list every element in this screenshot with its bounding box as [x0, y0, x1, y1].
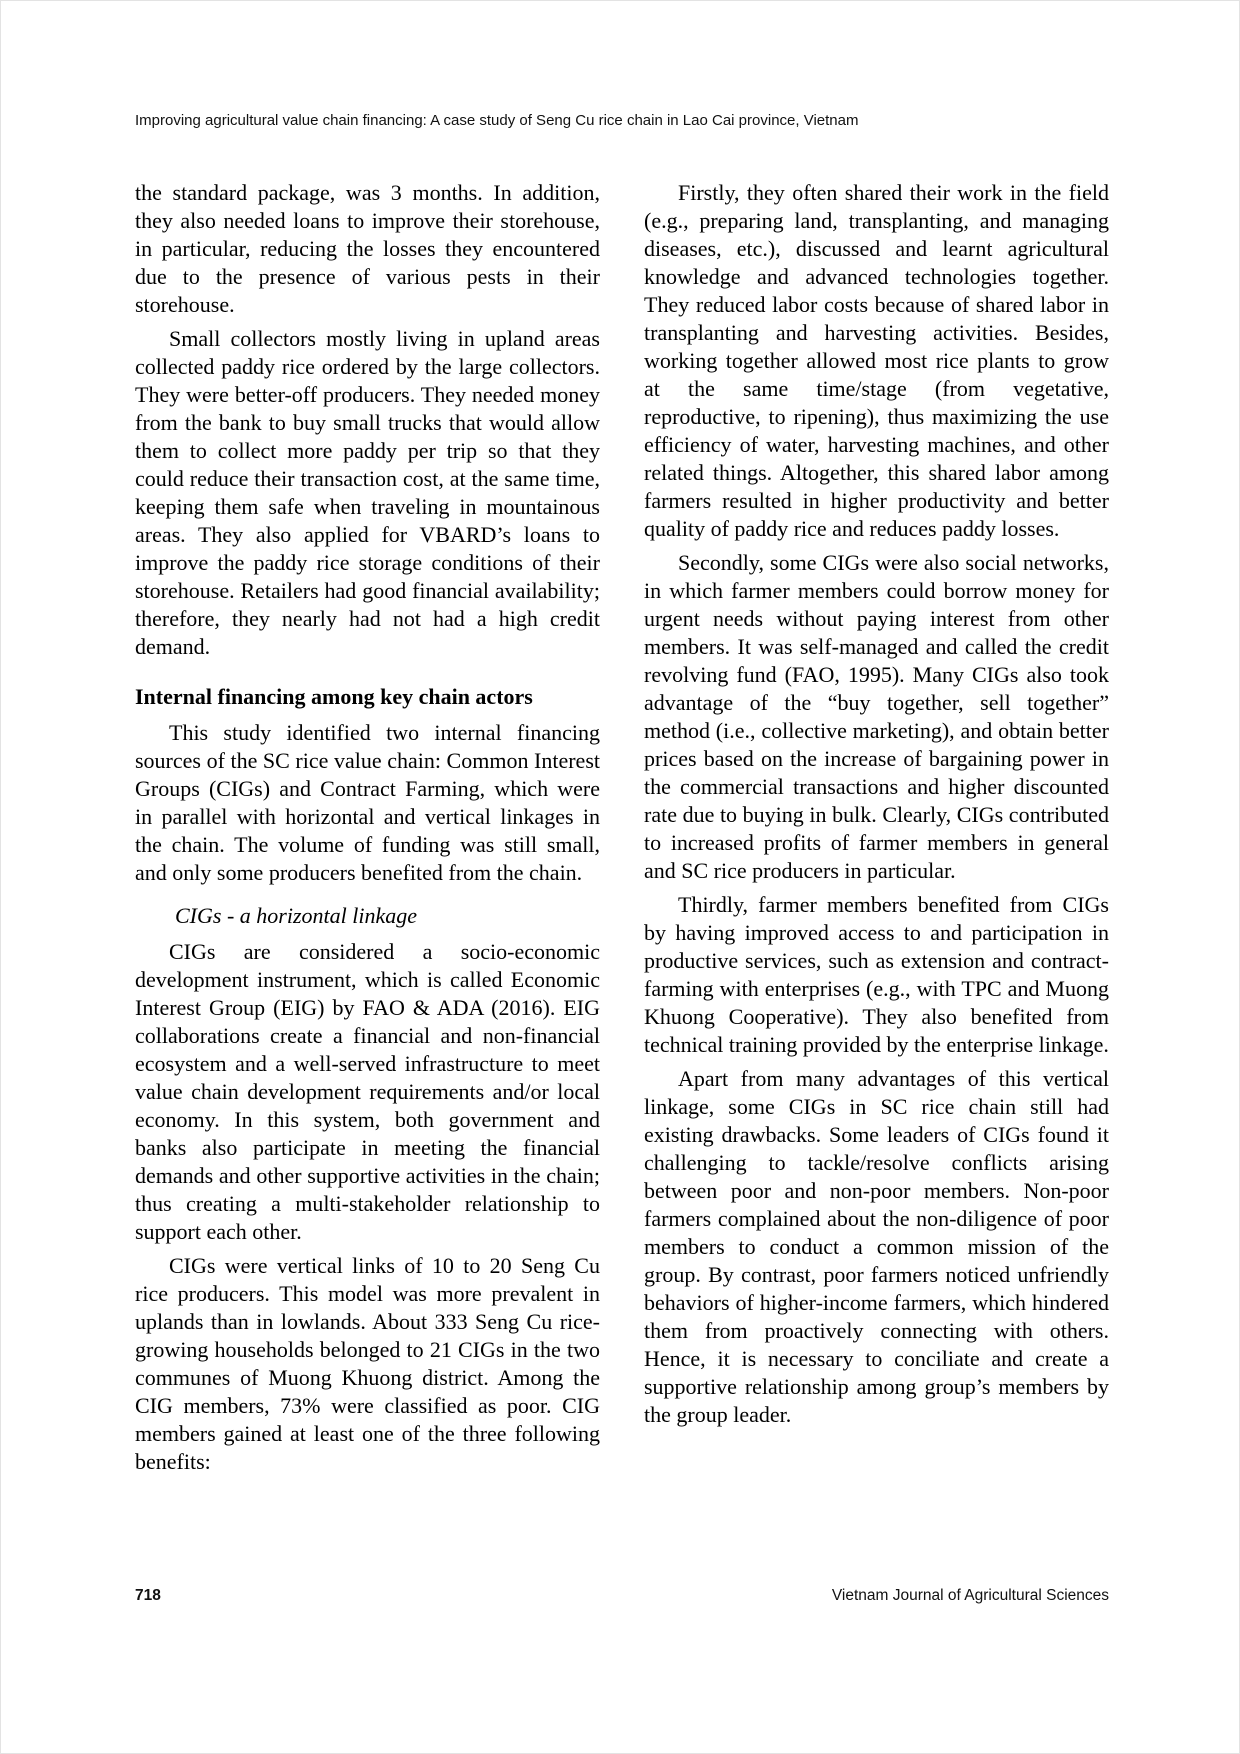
page-number: 718 [135, 1587, 161, 1605]
paragraph: the standard package, was 3 months. In a… [135, 179, 600, 319]
paragraph: This study identified two internal finan… [135, 719, 600, 887]
paragraph: Apart from many advantages of this verti… [644, 1065, 1109, 1429]
paragraph: CIGs were vertical links of 10 to 20 Sen… [135, 1252, 600, 1476]
section-heading: Internal financing among key chain actor… [135, 683, 600, 711]
text-columns: the standard package, was 3 months. In a… [135, 179, 1109, 1482]
journal-page: Improving agricultural value chain finan… [0, 0, 1240, 1754]
left-column: the standard package, was 3 months. In a… [135, 179, 600, 1482]
paragraph: Thirdly, farmer members benefited from C… [644, 891, 1109, 1059]
paragraph: Secondly, some CIGs were also social net… [644, 549, 1109, 885]
subsection-heading: CIGs - a horizontal linkage [135, 902, 600, 930]
paragraph: Small collectors mostly living in upland… [135, 325, 600, 661]
running-head: Improving agricultural value chain finan… [135, 112, 1115, 130]
paragraph: Firstly, they often shared their work in… [644, 179, 1109, 543]
right-column: Firstly, they often shared their work in… [644, 179, 1109, 1482]
journal-name: Vietnam Journal of Agricultural Sciences [832, 1587, 1109, 1605]
paragraph: CIGs are considered a socio-economic dev… [135, 938, 600, 1246]
page-footer: 718 Vietnam Journal of Agricultural Scie… [135, 1587, 1109, 1605]
